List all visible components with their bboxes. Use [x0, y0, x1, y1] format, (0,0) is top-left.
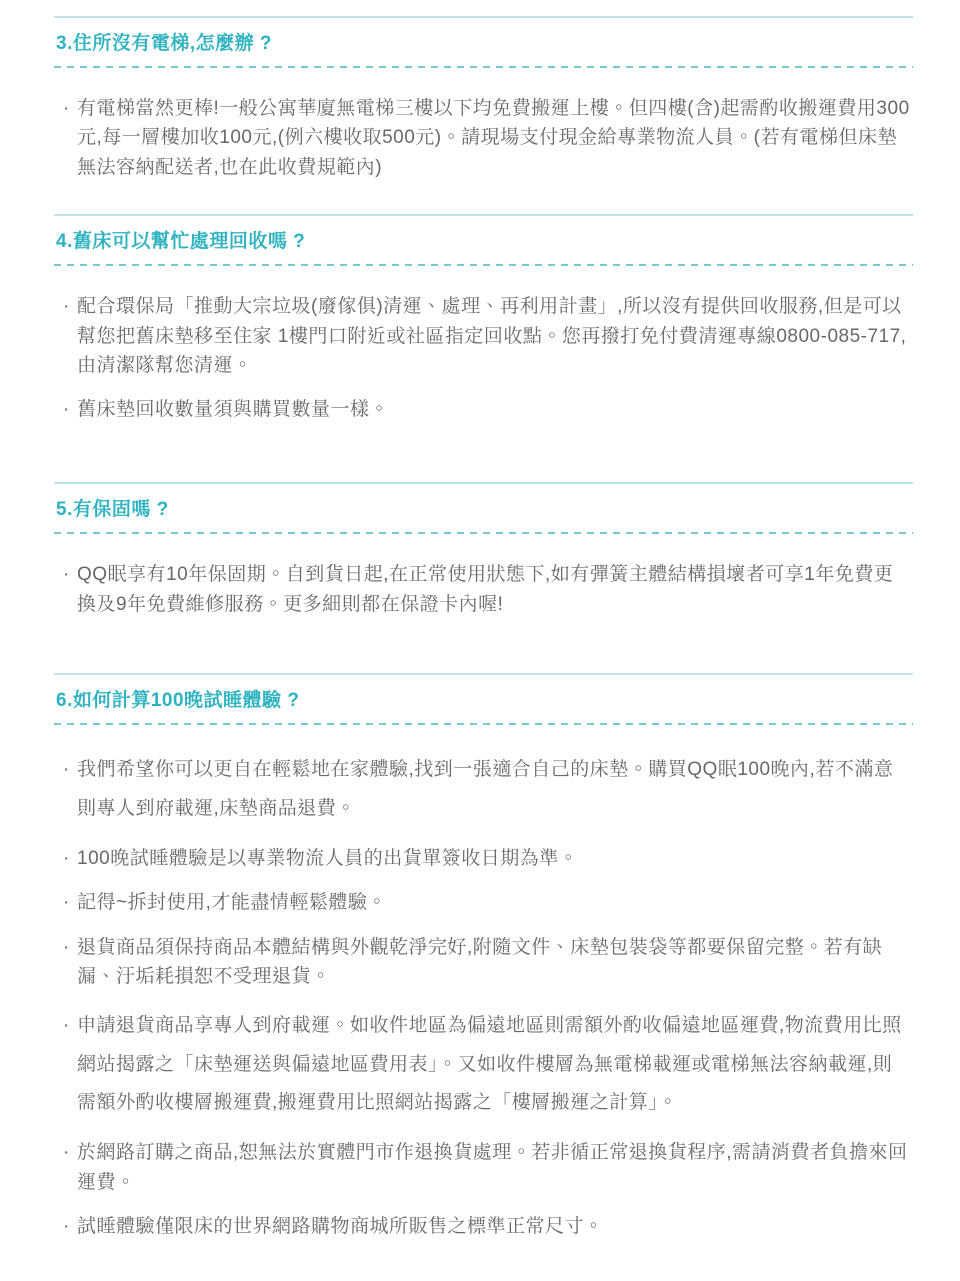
faq-question-3: 3.住所沒有電梯,怎麼辦 ?	[54, 18, 913, 66]
faq-section-recycle: 4.舊床可以幫忙處理回收嗎 ? · 配合環保局「推動大宗垃圾(廢傢俱)清運、處理…	[54, 214, 913, 482]
bullet-marker-icon: ·	[63, 560, 70, 589]
faq-question-4: 4.舊床可以幫忙處理回收嗎 ?	[54, 216, 913, 264]
bullet-marker-icon: ·	[63, 1212, 70, 1241]
faq-answer-item: · 於網路訂購之商品,恕無法於實體門市作退換貨處理。若非循正常退換貨程序,需請消…	[56, 1138, 911, 1197]
faq-answer-text: 100晚試睡體驗是以專業物流人員的出貨單簽收日期為準。	[77, 848, 578, 869]
faq-answer-item: · 100晚試睡體驗是以專業物流人員的出貨單簽收日期為準。	[56, 844, 911, 873]
faq-question-5: 5.有保固嗎 ?	[54, 484, 913, 532]
faq-question-6: 6.如何計算100晚試睡體驗 ?	[54, 675, 913, 723]
faq-answer-text: 配合環保局「推動大宗垃圾(廢傢俱)清運、處理、再利用計畫」,所以沒有提供回收服務…	[77, 296, 906, 376]
faq-answer-item: · QQ眠享有10年保固期。自到貨日起,在正常使用狀態下,如有彈簧主體結構損壞者…	[56, 560, 911, 619]
bullet-marker-icon: ·	[63, 1138, 70, 1167]
bullet-marker-icon: ·	[63, 844, 70, 873]
bullet-marker-icon: ·	[63, 292, 70, 321]
faq-section-warranty: 5.有保固嗎 ? · QQ眠享有10年保固期。自到貨日起,在正常使用狀態下,如有…	[54, 482, 913, 673]
faq-section-elevator: 3.住所沒有電梯,怎麼辦 ? · 有電梯當然更棒!一般公寓華廈無電梯三樓以下均免…	[54, 16, 913, 214]
faq-answer-text: 有電梯當然更棒!一般公寓華廈無電梯三樓以下均免費搬運上樓。但四樓(含)起需酌收搬…	[77, 98, 910, 178]
faq-answers-4: · 配合環保局「推動大宗垃圾(廢傢俱)清運、處理、再利用計畫」,所以沒有提供回收…	[54, 266, 913, 482]
faq-answers-5: · QQ眠享有10年保固期。自到貨日起,在正常使用狀態下,如有彈簧主體結構損壞者…	[54, 534, 913, 673]
faq-answers-3: · 有電梯當然更棒!一般公寓華廈無電梯三樓以下均免費搬運上樓。但四樓(含)起需酌…	[54, 68, 913, 214]
faq-page: 3.住所沒有電梯,怎麼辦 ? · 有電梯當然更棒!一般公寓華廈無電梯三樓以下均免…	[0, 0, 960, 1281]
faq-answer-text: 我們希望你可以更自在輕鬆地在家體驗,找到一張適合自己的床墊。購買QQ眠100晚內…	[77, 759, 893, 819]
bullet-marker-icon: ·	[63, 94, 70, 123]
faq-answer-text: 記得~拆封使用,才能盡情輕鬆體驗。	[77, 892, 387, 913]
faq-answers-6: · 我們希望你可以更自在輕鬆地在家體驗,找到一張適合自己的床墊。購買QQ眠100…	[54, 725, 913, 1261]
faq-answer-text: 退貨商品須保持商品本體結構與外觀乾淨完好,附隨文件、床墊包裝袋等都要保留完整。若…	[77, 937, 882, 987]
bullet-marker-icon: ·	[63, 395, 70, 424]
faq-answer-item: · 申請退貨商品享專人到府載運。如收件地區為偏遠地區則需額外酌收偏遠地區運費,物…	[56, 1007, 911, 1124]
faq-answer-text: QQ眠享有10年保固期。自到貨日起,在正常使用狀態下,如有彈簧主體結構損壞者可享…	[77, 564, 893, 614]
faq-answer-text: 試睡體驗僅限床的世界網路購物商城所販售之標準正常尺寸。	[77, 1216, 604, 1237]
faq-answer-item: · 舊床墊回收數量須與購買數量一樣。	[56, 395, 911, 424]
faq-answer-item: · 退貨商品須保持商品本體結構與外觀乾淨完好,附隨文件、床墊包裝袋等都要保留完整…	[56, 933, 911, 992]
faq-answer-item: · 配合環保局「推動大宗垃圾(廢傢俱)清運、處理、再利用計畫」,所以沒有提供回收…	[56, 292, 911, 380]
faq-answer-item: · 有電梯當然更棒!一般公寓華廈無電梯三樓以下均免費搬運上樓。但四樓(含)起需酌…	[56, 94, 911, 182]
faq-answer-text: 申請退貨商品享專人到府載運。如收件地區為偏遠地區則需額外酌收偏遠地區運費,物流費…	[77, 1015, 902, 1114]
faq-section-trial: 6.如何計算100晚試睡體驗 ? · 我們希望你可以更自在輕鬆地在家體驗,找到一…	[54, 673, 913, 1261]
bullet-marker-icon: ·	[63, 888, 70, 917]
bullet-marker-icon: ·	[63, 751, 70, 790]
faq-answer-text: 舊床墊回收數量須與購買數量一樣。	[77, 399, 389, 420]
faq-answer-item: · 記得~拆封使用,才能盡情輕鬆體驗。	[56, 888, 911, 917]
bullet-marker-icon: ·	[63, 933, 70, 962]
bullet-marker-icon: ·	[63, 1007, 70, 1046]
faq-answer-item: · 試睡體驗僅限床的世界網路購物商城所販售之標準正常尺寸。	[56, 1212, 911, 1241]
faq-answer-text: 於網路訂購之商品,恕無法於實體門市作退換貨處理。若非循正常退換貨程序,需請消費者…	[77, 1142, 908, 1192]
faq-answer-item: · 我們希望你可以更自在輕鬆地在家體驗,找到一張適合自己的床墊。購買QQ眠100…	[56, 751, 911, 829]
